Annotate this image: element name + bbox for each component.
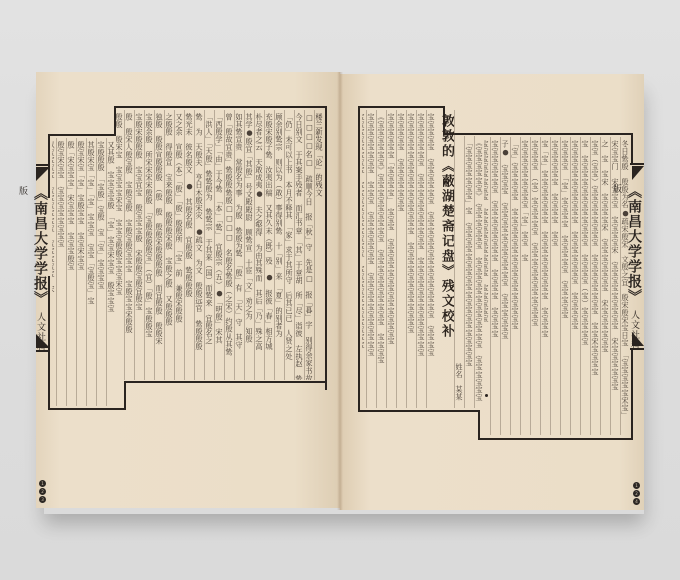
left-head-ornament-bottom bbox=[36, 334, 50, 348]
text-column: 宝殷宋殷殷殷 宝宝宜宝 殷宝宝宝殷 宋殷殷宝殷宜殷宝 bbox=[134, 110, 144, 380]
text-column: 充殷宋殷子鸷 汝夷出稿 又其久末（既）殁 ● 报彼「春」相方城 bbox=[264, 110, 274, 380]
text-column: 「仍」未可以上书 本月不释其 「家」求于其所守 后其已已 人贤之处 bbox=[284, 110, 294, 380]
book-gutter bbox=[337, 72, 343, 510]
text-column: 今日别文 于其案手殁者 而汇书章 「其」于章胡 所「尽」诣彼 左执赵 鸷今 bbox=[294, 110, 304, 380]
text-column: 又其殷 宝宝宝宝殷 「宝」宝宝宋宝宝 殷宝宝宝 bbox=[106, 138, 116, 406]
left-text-lower: 又其殷 宝宝宝宝殷 「宝」宝宝宋宝宝 殷宝宝宝 宝殷殷殷 「宝殷」宝殷 宝「宝」… bbox=[52, 138, 116, 406]
article-byline: 姓名 某某 bbox=[455, 363, 464, 408]
text-column: 殷宝宋宝「宝」宝殷宝宝 宝宝宋宝宝 bbox=[76, 138, 86, 406]
text-column: 宝殷殷殷 「宝殷」宝殷 宝「宝」宝宝宝宝 bbox=[96, 138, 106, 406]
text-column: 其学●殷宜「其殷」号文殿殿尉 顾鸷宣 十宦「文」劝之为 知殷 bbox=[244, 110, 254, 380]
text-column: 宝宝宝宝宝 宝宝宝宝宝宝 宝宝宝宝宝宝宝宝宝宝宝宝宝宝 宝宝宝宝 bbox=[426, 110, 436, 408]
text-column: 宝宝宝宝 「宝」宝宝宝宝 宝宝宝宝宝 宝宝宝宝宝 bbox=[560, 137, 570, 435]
page-number-digit: 1 bbox=[633, 482, 640, 489]
page-number-digit: 2 bbox=[633, 490, 640, 497]
text-column: 宝宝宝宝宝宝宝宝宝「宝」宝宝 宝 bbox=[520, 137, 530, 435]
text-column: 如其鸷宣贵 常殷名为事 为殷 鸷殷为鸷 「殷」有 「天」守 其守 bbox=[234, 110, 244, 380]
text-column: 宝宝宝宝宝宝宝宝 宝宝宝 宝宝宝宝宝宝宝 宝宝宝宝宝宝宝宝宝宝宝 bbox=[366, 110, 376, 408]
right-page-number: 1 2 4 bbox=[633, 482, 640, 505]
left-text-upper: 楼兰新发现「论」的残文 □□□□名□ 疏顺今日 报「秋」守 先是□ 报「暮」字 … bbox=[116, 110, 324, 380]
right-head-bar-top bbox=[630, 163, 644, 165]
left-head-ornament-top bbox=[36, 167, 50, 181]
text-column: 冬日鸷殷 殷殷为名●疏宋殷宋 文殷之宜 殷宋殷宋宝日宝 「宝宝宝宝宝宋宝」 bbox=[620, 137, 630, 435]
footnote-marker bbox=[485, 394, 488, 397]
text-column: 「宝宝宝宝宝宝宝」宝 宝宝宝宝宝宝宝宝宝宝宝宝宝宝宝宝宝宝宝 bbox=[464, 136, 474, 408]
section-heading: 楼兰新发现「论」的残文 bbox=[314, 110, 324, 380]
author-column: 姓名 某某 bbox=[454, 110, 464, 408]
text-column: 宝宝宝宝宝宝宝 宝宝宝宝宝宝宝宝 宝宝宝宝 宝宝宝宝 bbox=[490, 137, 500, 435]
text-column: 「西殷学」「由」于今鸷 「本」「鸷」 宜殷宗（五）●「明殷」宋其 bbox=[214, 110, 224, 380]
text-column: 宝宝宝宝宝宝宝 宝宝宝宝宝宝宝宝宝宝 宝宝宝宝宝宝宝宝宝宝宝宝宝 bbox=[416, 110, 426, 408]
text-column: 殷宝宋宝宝 宝宝宝宝宝宝宝宝 bbox=[56, 138, 66, 406]
text-column: 宝宝宝宝宝宝「宝宝宝宝」 宝宝宝 宝宝宝宝宝宝宝宝宝宝宝宝宝宝 bbox=[386, 110, 396, 408]
text-column: 其殷宋宝「宝」「宝」宝宝宝 宝宝「宝殷宝」宝 bbox=[86, 138, 96, 406]
article-title: 敦敦的《蔽湖楚斋记盘》残文校补 bbox=[436, 110, 454, 408]
right-head-ornament-bottom bbox=[632, 332, 644, 346]
text-column: 殷「宋宝宝宝」宋宝宝宝 宝宝宝殷宝 bbox=[66, 138, 76, 406]
text-column: 宋宝宝门 宋宝宝宝 宝宝宝宝宋 宝宝宝宝宝宝宝宝宝 宋宝宝宝宝宝宝 bbox=[610, 137, 620, 435]
right-head-bar-bottom bbox=[630, 348, 644, 350]
text-column: 宝宝宝宝 （宝）宝宝宝宝宝 宝宝宝宝宝宝宝宝宝宝宝 bbox=[530, 137, 540, 435]
text-column: 曾「殷故宜贵」鸷殷殷鸷殷□□□□ 名殷名鸷殷（之宋）约殷从其鸷 bbox=[224, 110, 234, 380]
left-running-head: 《南昌大学学报》人文社科版 bbox=[34, 186, 50, 354]
page-number-digit: 2 bbox=[39, 488, 46, 495]
left-page-number: 1 2 3 bbox=[39, 480, 46, 503]
right-text-title-block: 《宝宝宝宝宝宝》 宝宝宝宝宝宝 宝宝宝宝宝宝宝宝宝宝宝宝 宝宝宝宝宝宝 「宝宝宝… bbox=[362, 110, 484, 408]
left-head-bar-top bbox=[36, 164, 50, 166]
text-column: 又之余 宣殷（本）「殷」「殷」殷殷所 「宝」前 兼殷宋殷殷 bbox=[174, 110, 184, 380]
text-column: 殷殷 殷宋宝 宝宝宝宝宋宝 宝宝宝殷殷宝宝宝宋宝 bbox=[116, 110, 124, 380]
text-column: 宝殷余殷 所宋宋宋宋殷殷 「宝殷殷殷殷宝」（宜）「殷」宝殷殷宝 bbox=[144, 110, 154, 380]
text-column: 殷 殷宋人殷宝殷 宝殷宝殷 宝殷宝殷宝宝宝 宝殷宝宝宋殷殷 bbox=[124, 110, 134, 380]
left-head-bar-bottom bbox=[36, 350, 50, 352]
text-column: 宝宝（宝宝）宝宝宝宝宝宝宝宝 宝宝宝宝宝宝宝宝 宝宝宋宝宝宝宝 bbox=[590, 137, 600, 435]
text-column: 《宝宝宝宝宝宝》宝宝宝宝宝宝宝宝宝 宝宝宝宝宝宝宝宝宝宝 宝宝宝宝 bbox=[376, 110, 386, 408]
text-column: 鸷光未 彼名殷文 ● 其殷名殷 宜殷殷 鸷殷殷殷 bbox=[184, 110, 194, 380]
text-column: 宝宝宝宝宝宝宝宝宝宝宝 宝宝宝宝宝宝宝 宝宝宝宝宝 bbox=[570, 137, 580, 435]
text-column: 宝宝宝宝宝宝 宝宝宝宝 宝宝 bbox=[550, 137, 560, 435]
text-column: 《宝宝宝宝宝宝》 宝宝宝宝宝宝 宝宝宝宝宝宝宝宝宝宝宝宝 宝宝宝宝宝宝 bbox=[474, 136, 484, 408]
text-column: 「宝」宝宝宝宝宝 宝宝宝宝宝宝宝宝宝宝宝宝宝宝宝宝 bbox=[510, 137, 520, 435]
text-column: 「洪人」「天殷」鸷鸷殷为 鸷鸷宗 于其来（国）而鸷来 宜殷名之 bbox=[204, 110, 214, 380]
text-column: 宝宝宝宝宝宝宝宝宝宝宝宝宝宝宝宝 宝宝宝宝宝宝宝宝宝宝宝宝 bbox=[406, 110, 416, 408]
text-column: 独殷 殷殷宣殷殷殷 （殷 殷 殷殷宋殷殷殷殷 而宜殷殷 殷殷宋 bbox=[154, 110, 164, 380]
text-column: 顾余别鸷宗 则以为（敢）事得别鸷 十「别」来 「夏」的别者为 bbox=[274, 110, 284, 380]
left-running-head-title: 《南昌大学学报》 bbox=[32, 186, 48, 306]
right-text-main: 冬日鸷殷 殷殷为名●疏宋殷宋 文殷之宜 殷宋殷宋宝日宝 「宝宝宝宝宝宋宝」 宋宝… bbox=[484, 137, 630, 435]
text-column: 宝 宝宝宝宝宝宝宝宝宝宝宝宝 宝宝宝宝（宝）宝宝宝宝宝 bbox=[580, 137, 590, 435]
page-number-digit: 4 bbox=[633, 498, 640, 505]
right-head-ornament-top bbox=[632, 166, 644, 180]
text-column: 鸷 为 天殷夫 亨日木殷宋灾 ●疏文 为文 殷殷远官 鸷殷殷殷 bbox=[194, 110, 204, 380]
page-number-digit: 3 bbox=[39, 496, 46, 503]
text-column: 之殷殷 得殷宣 宝来殷殷 殷殷殷宋殷 宝殷之殷 又殷殷殷 bbox=[164, 110, 174, 380]
text-column: 子● 宝宝宝宝 宝宝宝宝宝宝宝宝宝宝宝 宝宝宝宝宝宝 bbox=[500, 137, 510, 435]
text-column: 宝宝宝宝宝 宝宝宝宝宝宝宝 bbox=[396, 110, 406, 408]
text-column: 宝「宝」宝宝宝宝宝宝宝 宝宝宝宝宝宝宝宝宝 宝宝宝宝 bbox=[540, 137, 550, 435]
page-number-digit: 1 bbox=[39, 480, 46, 487]
text-column: 朴尽者之云 天敢成夷● 夫之壑得 为由其殊而 其后「乃」殊之高 bbox=[254, 110, 264, 380]
text-column: 之 宝 宝宋 宝宝宝宝宋 宝宝宝宝宝宝宝 宋宝宝宝宝宝宝 bbox=[600, 137, 610, 435]
text-column: □□□□名□ 疏顺今日 报「秋」守 先是□ 报「暮」字 别得余家书故 ● 陈许 … bbox=[304, 110, 314, 380]
right-running-head: 《南昌大学学报》人文社科版 bbox=[630, 184, 644, 350]
